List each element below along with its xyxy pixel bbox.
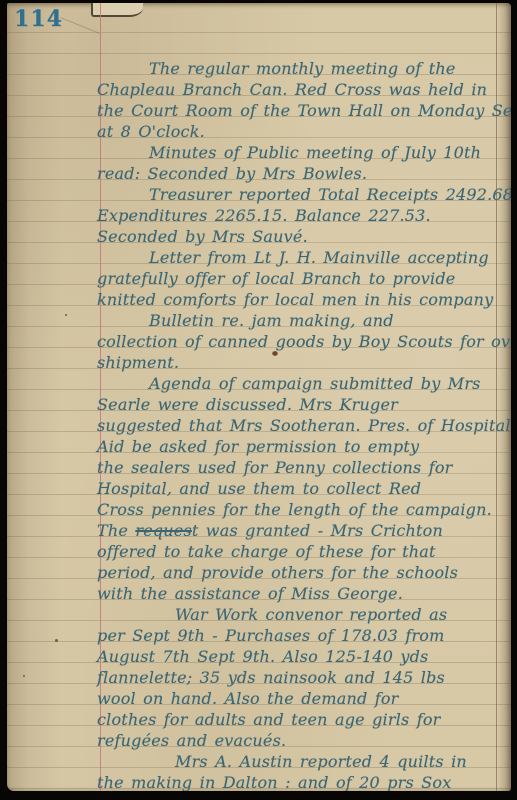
page-number: 114 bbox=[14, 6, 63, 32]
manuscript-line: The regular monthly meeting of the bbox=[97, 58, 509, 79]
manuscript-line: Minutes of Public meeting of July 10th bbox=[97, 142, 509, 163]
manuscript-line: collection of canned goods by Boy Scouts… bbox=[97, 331, 509, 352]
manuscript-line: Letter from Lt J. H. Mainville accepting bbox=[97, 247, 509, 268]
manuscript-line: The request was granted - Mrs Crichton bbox=[97, 520, 509, 541]
manuscript-line: per Sept 9th - Purchases of 178.03 from bbox=[97, 625, 509, 646]
manuscript-line: shipment. bbox=[97, 352, 509, 373]
crease-mark bbox=[60, 17, 99, 34]
manuscript-text: The regular monthly meeting of theChaple… bbox=[7, 58, 511, 791]
manuscript-line: Cross pennies for the length of the camp… bbox=[97, 499, 509, 520]
paper-tab bbox=[91, 3, 143, 17]
scanned-page: 114 The regular monthly meeting of theCh… bbox=[0, 0, 517, 800]
manuscript-line: Seconded by Mrs Sauvé. bbox=[97, 226, 509, 247]
manuscript-line: Bulletin re. jam making, and bbox=[97, 310, 509, 331]
manuscript-line: gratefully offer of local Branch to prov… bbox=[97, 268, 509, 289]
manuscript-line: flannelette; 35 yds nainsook and 145 lbs bbox=[97, 667, 509, 688]
manuscript-line: refugées and evacués. bbox=[97, 730, 509, 751]
manuscript-line: Chapleau Branch Can. Red Cross was held … bbox=[97, 79, 509, 100]
manuscript-line: Searle were discussed. Mrs Kruger bbox=[97, 394, 509, 415]
manuscript-line: wool on hand. Also the demand for bbox=[97, 688, 509, 709]
manuscript-line: Hospital, and use them to collect Red bbox=[97, 478, 509, 499]
manuscript-line: the making in Dalton : and of 20 prs Sox bbox=[97, 772, 509, 791]
manuscript-line: Aid be asked for permission to empty bbox=[97, 436, 509, 457]
manuscript-line: period, and provide others for the schoo… bbox=[97, 562, 509, 583]
manuscript-line: War Work convenor reported as bbox=[97, 604, 509, 625]
manuscript-line: clothes for adults and teen age girls fo… bbox=[97, 709, 509, 730]
manuscript-line: August 7th Sept 9th. Also 125-140 yds bbox=[97, 646, 509, 667]
manuscript-line: Expenditures 2265.15. Balance 227.53. bbox=[97, 205, 509, 226]
manuscript-line: knitted comforts for local men in his co… bbox=[97, 289, 509, 310]
ledger-page: 114 The regular monthly meeting of theCh… bbox=[7, 3, 511, 791]
manuscript-line: at 8 O'clock. bbox=[97, 121, 509, 142]
manuscript-line: the sealers used for Penny collections f… bbox=[97, 457, 509, 478]
manuscript-line: suggested that Mrs Sootheran. Pres. of H… bbox=[97, 415, 509, 436]
manuscript-line: Mrs A. Austin reported 4 quilts in bbox=[97, 751, 509, 772]
manuscript-line: offered to take charge of these for that bbox=[97, 541, 509, 562]
manuscript-line: read: Seconded by Mrs Bowles. bbox=[97, 163, 509, 184]
manuscript-line: Treasurer reported Total Receipts 2492.6… bbox=[97, 184, 509, 205]
manuscript-line: the Court Room of the Town Hall on Monda… bbox=[97, 100, 509, 121]
manuscript-line: Agenda of campaign submitted by Mrs bbox=[97, 373, 509, 394]
manuscript-line: with the assistance of Miss George. bbox=[97, 583, 509, 604]
